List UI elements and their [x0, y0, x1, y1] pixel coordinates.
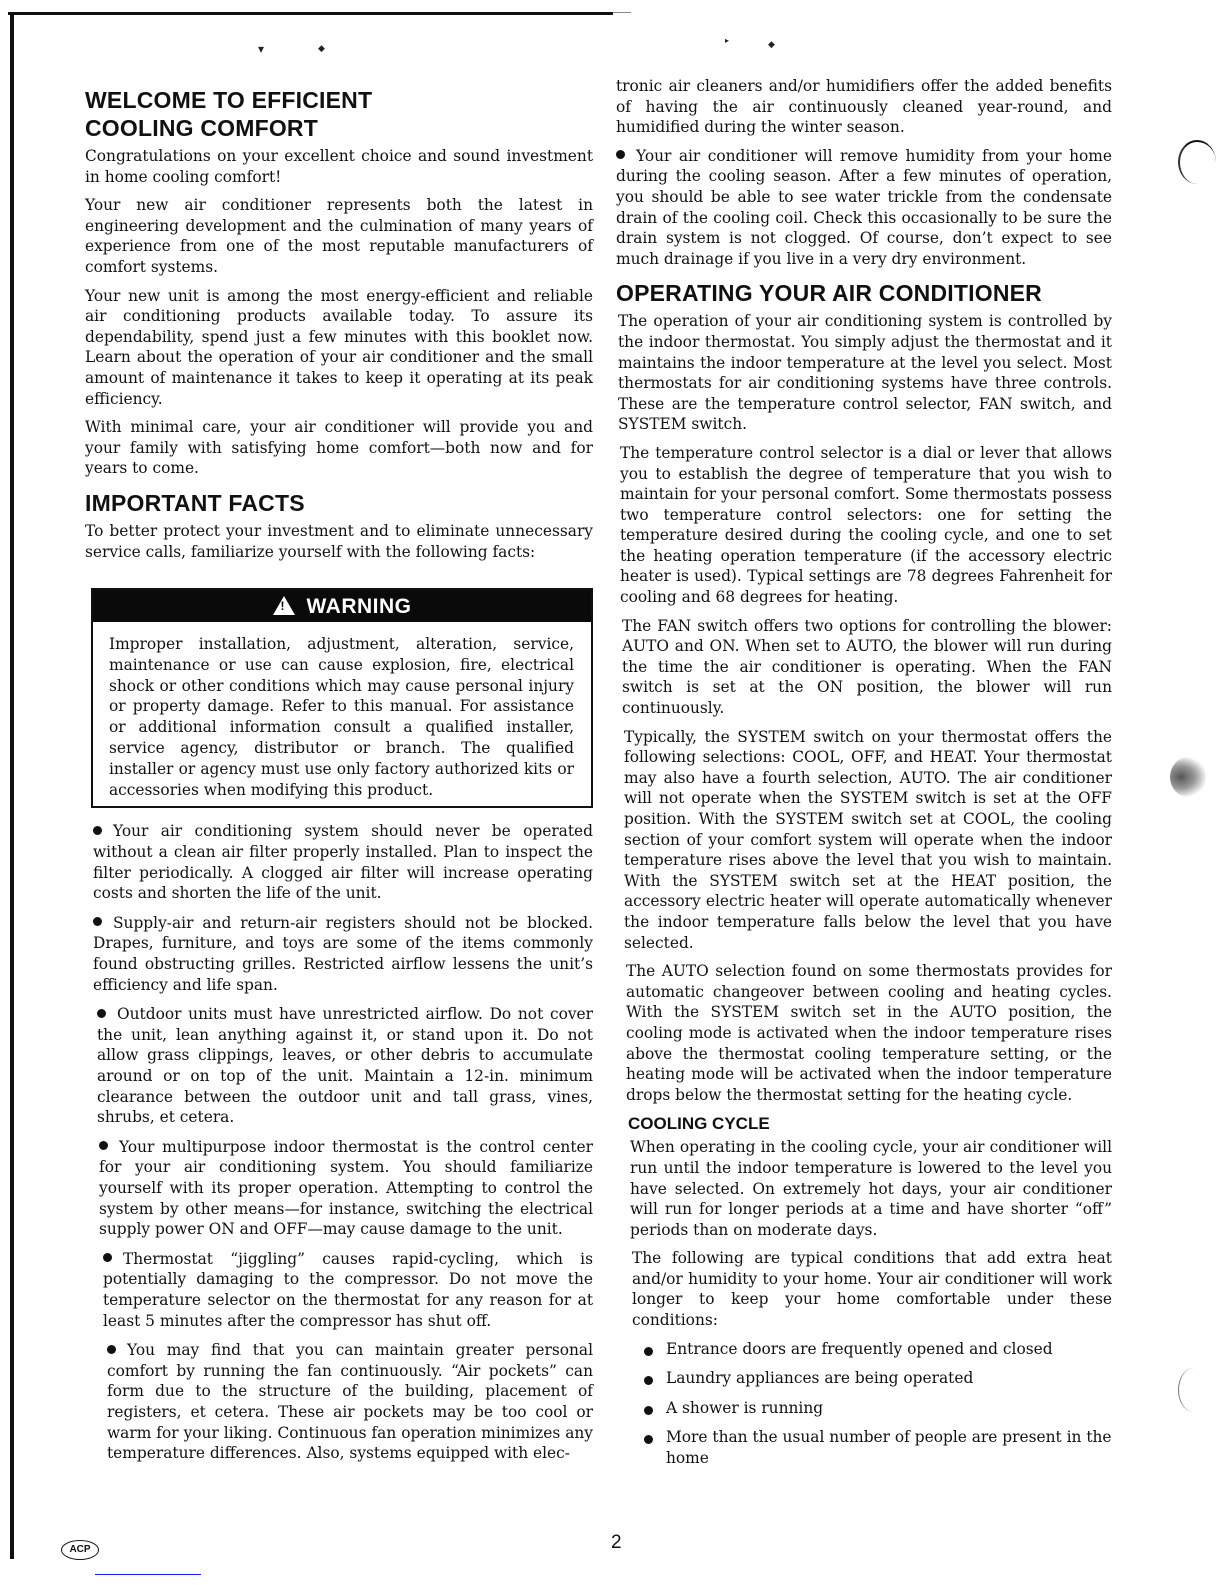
footer-link-underline[interactable] — [95, 1574, 201, 1575]
cooling-cycle-paragraph: The following are typical conditions tha… — [616, 1248, 1112, 1330]
fact-bullet: Your air conditioner will remove humidit… — [616, 146, 1112, 270]
fact-bullet-text: Your air conditioning system should neve… — [93, 822, 593, 902]
operating-paragraph: Typically, the SYSTEM switch on your the… — [616, 727, 1112, 954]
warning-label: WARNING — [307, 595, 412, 618]
welcome-paragraph: Your new unit is among the most energy-e… — [85, 286, 593, 410]
bullet-icon — [644, 1435, 653, 1444]
condition-text: Entrance doors are frequently opened and… — [666, 1340, 1053, 1358]
condition-item: More than the usual number of people are… — [632, 1427, 1112, 1468]
welcome-heading: WELCOME TO EFFICIENT COOLING COMFORT — [85, 86, 593, 142]
fact-bullet-text: You may find that you can maintain great… — [107, 1341, 593, 1462]
right-column: tronic air cleaners and/or humidifiers o… — [616, 76, 1112, 1478]
important-facts-intro: To better protect your investment and to… — [85, 521, 593, 562]
condition-item: Laundry appliances are being operated — [632, 1368, 1112, 1389]
fact-bullet: Outdoor units must have unrestricted air… — [85, 1004, 593, 1128]
page-top-border — [8, 12, 613, 15]
bullet-icon — [644, 1376, 653, 1385]
warning-header: WARNING — [93, 590, 591, 622]
fact-bullet: Your multipurpose indoor thermostat is t… — [85, 1137, 593, 1240]
bullet-icon — [616, 150, 625, 159]
bullet-icon — [99, 1141, 108, 1150]
scan-speck: ▾ — [258, 42, 264, 56]
bullet-icon — [644, 1347, 653, 1356]
fact-bullet-text: Your multipurpose indoor thermostat is t… — [99, 1138, 593, 1238]
continued-bullet-text: tronic air cleaners and/or humidifiers o… — [616, 76, 1112, 138]
binder-hole-mark — [1178, 1368, 1209, 1412]
fact-bullet: Thermostat “jiggling” causes rapid-cycli… — [85, 1249, 593, 1331]
left-column: WELCOME TO EFFICIENT COOLING COMFORT Con… — [85, 86, 593, 1473]
warning-triangle-icon — [273, 596, 295, 615]
page-number: 2 — [611, 1532, 622, 1554]
warning-box: WARNING Improper installation, adjustmen… — [91, 588, 593, 808]
condition-text: A shower is running — [666, 1399, 823, 1417]
fact-bullet-text: Your air conditioner will remove humidit… — [616, 147, 1112, 268]
bullet-icon — [103, 1253, 112, 1262]
page-top-border-fade — [613, 12, 631, 13]
welcome-paragraph: Congratulations on your excellent choice… — [85, 146, 593, 187]
binder-hole-mark — [1170, 757, 1206, 797]
operating-paragraph: The operation of your air conditioning s… — [616, 311, 1112, 435]
bullet-icon — [93, 826, 102, 835]
fact-bullet-text: Supply-air and return-air registers shou… — [93, 914, 593, 994]
cooling-cycle-paragraph: When operating in the cooling cycle, you… — [616, 1137, 1112, 1240]
cooling-cycle-heading: COOLING CYCLE — [616, 1113, 1112, 1135]
fact-bullet: Supply-air and return-air registers shou… — [85, 913, 593, 995]
scan-speck: ▸ — [725, 36, 729, 45]
important-facts-heading: IMPORTANT FACTS — [85, 489, 593, 517]
condition-item: Entrance doors are frequently opened and… — [632, 1339, 1112, 1360]
fact-bullet-text: Thermostat “jiggling” causes rapid-cycli… — [103, 1250, 593, 1330]
acp-logo: ACP — [61, 1540, 99, 1560]
bullet-icon — [644, 1406, 653, 1415]
condition-text: Laundry appliances are being operated — [666, 1369, 973, 1387]
binder-hole-mark — [1178, 140, 1216, 184]
welcome-paragraph: Your new air conditioner represents both… — [85, 195, 593, 277]
condition-text: More than the usual number of people are… — [666, 1428, 1112, 1467]
welcome-paragraph: With minimal care, your air conditioner … — [85, 417, 593, 479]
warning-text: Improper installation, adjustment, alter… — [93, 622, 591, 806]
condition-item: A shower is running — [632, 1398, 1112, 1419]
scan-speck: ◆ — [768, 40, 775, 50]
fact-bullet-text: Outdoor units must have unrestricted air… — [97, 1005, 593, 1126]
bullet-icon — [107, 1345, 116, 1354]
welcome-heading-line2: COOLING COMFORT — [85, 115, 318, 141]
operating-paragraph: The temperature control selector is a di… — [616, 443, 1112, 608]
fact-bullet: You may find that you can maintain great… — [85, 1340, 593, 1464]
welcome-heading-line1: WELCOME TO EFFICIENT — [85, 87, 372, 113]
bullet-icon — [97, 1009, 106, 1018]
scan-speck: ◆ — [318, 44, 325, 54]
operating-paragraph: The FAN switch offers two options for co… — [616, 616, 1112, 719]
operating-heading: OPERATING YOUR AIR CONDITIONER — [616, 279, 1112, 307]
operating-paragraph: The AUTO selection found on some thermos… — [616, 961, 1112, 1105]
fact-bullet: Your air conditioning system should neve… — [85, 821, 593, 903]
conditions-list: Entrance doors are frequently opened and… — [616, 1339, 1112, 1469]
page-left-border — [10, 14, 14, 1559]
bullet-icon — [93, 917, 102, 926]
